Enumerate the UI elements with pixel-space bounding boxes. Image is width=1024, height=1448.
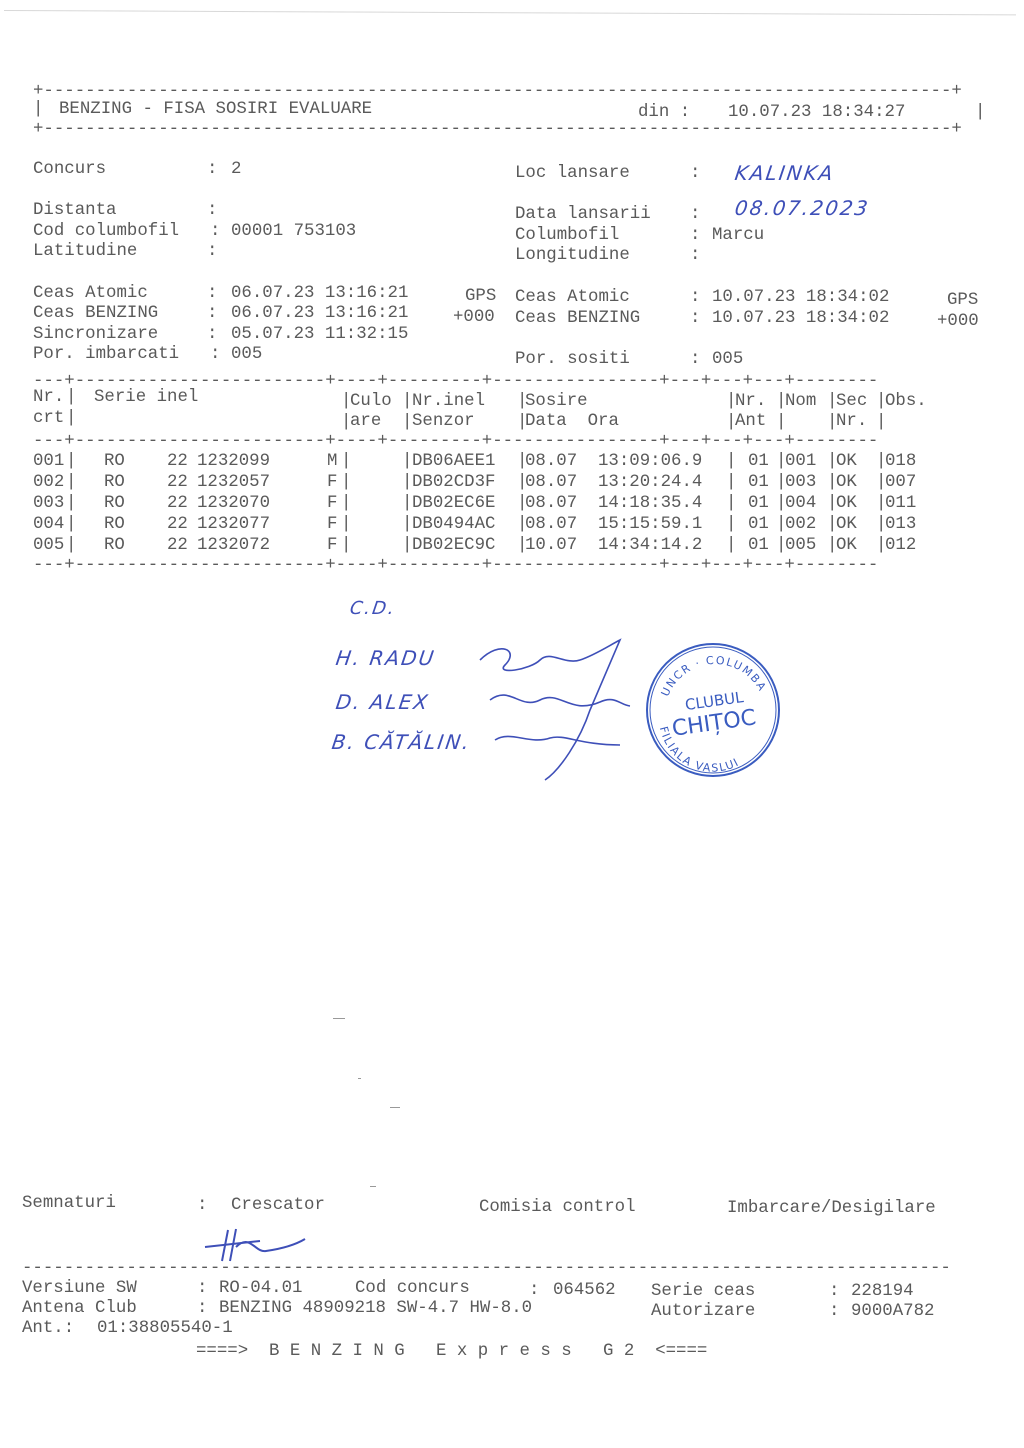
cell-sex: F [327, 515, 337, 536]
cell-senzor: DB02CD3F [412, 473, 496, 494]
concurs-value: 2 [231, 160, 241, 181]
cod-columbofil-value: 00001 753103 [231, 222, 356, 243]
por-imbarcati-value: 005 [231, 345, 262, 366]
cell-an: 22 [167, 515, 188, 536]
cell-separator: | [726, 536, 736, 557]
ceas-atomic-end-label: Ceas Atomic [515, 288, 630, 309]
th-sec-1: Sec [836, 392, 867, 413]
cell-tara: RO [104, 515, 125, 536]
cell-nom: 004 [785, 494, 816, 515]
ceas-atomic-end-value: 10.07.23 18:34:02 [712, 288, 889, 309]
ant-label: Ant.: [22, 1319, 74, 1340]
data-lansarii-colon: : [690, 205, 700, 226]
serie-ceas-colon: : [829, 1282, 839, 1303]
th-culoare-1: Culo [350, 392, 392, 413]
data-lansarii-label: Data lansarii [515, 205, 651, 226]
cell-inel: 1232072 [197, 536, 270, 557]
columbofil-label: Columbofil [515, 226, 619, 247]
cell-separator: | [66, 536, 76, 557]
cell-separator: | [66, 473, 76, 494]
cell-data: 08.07 [525, 452, 577, 473]
cell-separator: | [66, 452, 76, 473]
cell-sec: OK [836, 494, 857, 515]
cell-nr: 001 [33, 452, 64, 473]
latitudine-label: Latitudine [33, 242, 137, 263]
cell-ora: 13:20:24.4 [598, 473, 702, 494]
cell-data: 10.07 [525, 536, 577, 557]
cell-senzor: DB0494AC [412, 515, 496, 536]
th-serie-inel: Serie inel [94, 388, 198, 409]
ceas-atomic-start-value: 06.07.23 13:16:21 [231, 284, 408, 305]
th-nr-ant-2: Ant [735, 412, 766, 433]
semnaturi-label: Semnaturi [22, 1194, 116, 1215]
cell-sec: OK [836, 452, 857, 473]
sincronizare-label: Sincronizare [33, 325, 158, 346]
cell-separator: | [341, 452, 351, 473]
cell-separator: | [726, 515, 736, 536]
scan-speck [370, 1186, 376, 1187]
versiune-sw-value: RO-04.01 [219, 1279, 303, 1300]
cell-ant: 01 [748, 473, 769, 494]
cell-inel: 1232099 [197, 452, 270, 473]
th-crt: crt [33, 409, 64, 428]
cell-separator: | [726, 452, 736, 473]
ceas-atomic-end-suffix: GPS [947, 291, 978, 312]
th-nr-ant-1: Nr. [735, 392, 766, 413]
cell-inel: 1232070 [197, 494, 270, 515]
por-sositi-label: Por. sositi [515, 350, 630, 371]
cell-obs: 011 [885, 494, 916, 515]
autorizare-label: Autorizare [651, 1302, 755, 1323]
svg-text:CHIȚOC: CHIȚOC [671, 705, 758, 742]
distanta-colon: : [207, 201, 217, 222]
columbofil-colon: : [690, 226, 700, 247]
autorizare-colon: : [829, 1302, 839, 1323]
cell-ant: 01 [748, 515, 769, 536]
cod-concurs-label: Cod concurs [355, 1279, 470, 1300]
th-nr-inel: Nr.inel [412, 392, 485, 413]
cell-an: 22 [167, 473, 188, 494]
longitudine-colon: : [690, 246, 700, 267]
cell-data: 08.07 [525, 473, 577, 494]
cell-senzor: DB06AEE1 [412, 452, 496, 473]
ceas-benzing-end-label: Ceas BENZING [515, 309, 640, 330]
cell-data: 08.07 [525, 494, 577, 515]
cell-separator: | [66, 494, 76, 515]
th-nom: Nom [785, 392, 816, 413]
sincronizare-colon: : [207, 325, 217, 346]
cell-ora: 14:34:14.2 [598, 536, 702, 557]
cell-tara: RO [104, 473, 125, 494]
concurs-label: Concurs [33, 160, 106, 181]
serie-ceas-label: Serie ceas [651, 1282, 755, 1303]
cell-nom: 002 [785, 515, 816, 536]
th-sosire: Sosire [525, 392, 588, 413]
concurs-colon: : [207, 160, 217, 181]
antena-club-label: Antena Club [22, 1299, 137, 1320]
cell-separator: | [402, 452, 412, 473]
cell-nom: 001 [785, 452, 816, 473]
ceas-benzing-start-colon: : [207, 304, 217, 325]
table-header-border: ---+------------------------+----+------… [33, 432, 878, 453]
th-sec-2: Nr. [836, 412, 867, 433]
ceas-benzing-end-suffix: +000 [937, 312, 979, 333]
cell-sex: F [327, 473, 337, 494]
latitudine-colon: : [207, 242, 217, 263]
th-data-ora: Data Ora [525, 412, 619, 433]
cell-separator: | [402, 536, 412, 557]
cell-separator: | [726, 473, 736, 494]
scan-speck [333, 1018, 345, 1019]
cell-ant: 01 [748, 452, 769, 473]
cod-concurs-value: 064562 [553, 1281, 616, 1302]
cell-sec: OK [836, 536, 857, 557]
ceas-benzing-start-suffix: +000 [453, 308, 495, 329]
versiune-sw-label: Versiune SW [22, 1279, 137, 1300]
th-senzor: Senzor [412, 412, 475, 433]
commission-signatures-icon [470, 630, 640, 790]
cod-columbofil-label: Cod columbofil [33, 222, 179, 243]
page-edge [4, 10, 1016, 15]
loc-lansare-label: Loc lansare [515, 164, 630, 185]
por-imbarcati-label: Por. imbarcati [33, 345, 179, 366]
th-nr: Nr. [33, 388, 64, 407]
autorizare-value: 9000A782 [851, 1302, 935, 1323]
cell-senzor: DB02EC9C [412, 536, 496, 557]
cell-separator: | [402, 515, 412, 536]
cell-nr: 002 [33, 473, 64, 494]
cell-ora: 13:09:06.9 [598, 452, 702, 473]
th-sep: || [66, 388, 76, 429]
table-border-bottom: ---+------------------------+----+------… [33, 556, 878, 577]
por-sositi-value: 005 [712, 350, 743, 371]
scan-speck [390, 1107, 400, 1108]
por-sositi-colon: : [690, 350, 700, 371]
crescator-label: Crescator [231, 1196, 325, 1217]
imbarcare-desigilare-label: Imbarcare/Desigilare [727, 1199, 936, 1220]
por-imbarcati-colon: : [210, 345, 220, 366]
header-bar-right: | [975, 103, 985, 124]
cell-sex: M [327, 452, 337, 473]
cell-an: 22 [167, 452, 188, 473]
ceas-atomic-end-colon: : [690, 288, 700, 309]
cod-columbofil-colon: : [210, 222, 220, 243]
scan-speck [358, 1078, 361, 1079]
comisia-control-label: Comisia control [479, 1198, 636, 1219]
cell-separator: | [726, 494, 736, 515]
cell-obs: 012 [885, 536, 916, 557]
th-obs: Obs. [885, 392, 927, 413]
cell-nr: 003 [33, 494, 64, 515]
ceas-benzing-start-value: 06.07.23 13:16:21 [231, 304, 408, 325]
cell-separator: | [341, 473, 351, 494]
distanta-label: Distanta [33, 201, 117, 222]
ceas-benzing-end-colon: : [690, 309, 700, 330]
cell-sex: F [327, 536, 337, 557]
footer-divider: ----------------------------------------… [22, 1259, 951, 1280]
cell-separator: | [402, 494, 412, 515]
cell-separator: | [341, 494, 351, 515]
ceas-atomic-start-suffix: GPS [465, 287, 496, 308]
longitudine-label: Longitudine [515, 246, 630, 267]
cell-obs: 018 [885, 452, 916, 473]
cell-separator: | [66, 515, 76, 536]
versiune-sw-colon: : [197, 1279, 207, 1300]
columbofil-value: Marcu [712, 226, 764, 247]
handwritten-name-1: H. RADU [334, 646, 437, 670]
loc-lansare-colon: : [690, 164, 700, 185]
benzing-express-banner: ====> B E N Z I N G E x p r e s s G 2 <=… [196, 1342, 707, 1363]
antena-club-colon: : [197, 1299, 207, 1320]
handwritten-cd: C.D. [349, 598, 398, 619]
cell-sex: F [327, 494, 337, 515]
loc-lansare-value: KALINKA [733, 161, 836, 185]
header-border-bottom: +---------------------------------------… [33, 120, 962, 141]
cell-nr: 005 [33, 536, 64, 557]
ant-value: 01:38805540-1 [97, 1319, 233, 1340]
cell-obs: 007 [885, 473, 916, 494]
cell-separator: | [341, 515, 351, 536]
ceas-atomic-start-colon: : [207, 284, 217, 305]
cell-nr: 004 [33, 515, 64, 536]
cell-tara: RO [104, 536, 125, 557]
cell-nom: 003 [785, 473, 816, 494]
cell-inel: 1232057 [197, 473, 270, 494]
handwritten-name-3: B. CĂTĂLIN. [330, 730, 472, 754]
cell-sec: OK [836, 515, 857, 536]
club-stamp-icon: UNCR · COLUMBA FILIALA VASLUI CLUBUL CHI… [643, 640, 783, 780]
data-lansarii-value: 08.07.2023 [733, 196, 871, 220]
cell-inel: 1232077 [197, 515, 270, 536]
cell-separator: | [402, 473, 412, 494]
antena-club-value: BENZING 48909218 SW-4.7 HW-8.0 [219, 1299, 532, 1320]
table-header-row-2: crt [33, 409, 64, 430]
th-sep: || [402, 392, 412, 433]
sincronizare-value: 05.07.23 11:32:15 [231, 325, 408, 346]
table-header-row-1: Nr. [33, 388, 64, 409]
cell-data: 08.07 [525, 515, 577, 536]
semnaturi-colon: : [197, 1196, 207, 1217]
cell-obs: 013 [885, 515, 916, 536]
ceas-atomic-start-label: Ceas Atomic [33, 284, 148, 305]
cell-senzor: DB02EC6E [412, 494, 496, 515]
cell-tara: RO [104, 494, 125, 515]
cell-ant: 01 [748, 494, 769, 515]
cell-separator: | [341, 536, 351, 557]
ceas-benzing-start-label: Ceas BENZING [33, 304, 158, 325]
cell-tara: RO [104, 452, 125, 473]
report-title: BENZING - FISA SOSIRI EVALUARE [59, 100, 372, 121]
cell-an: 22 [167, 536, 188, 557]
cell-ora: 15:15:59.1 [598, 515, 702, 536]
cell-an: 22 [167, 494, 188, 515]
cell-nom: 005 [785, 536, 816, 557]
ceas-benzing-end-value: 10.07.23 18:34:02 [712, 309, 889, 330]
cell-sec: OK [836, 473, 857, 494]
cell-ora: 14:18:35.4 [598, 494, 702, 515]
serie-ceas-value: 228194 [851, 1282, 914, 1303]
header-bar-left: | [33, 100, 43, 121]
cell-ant: 01 [748, 536, 769, 557]
handwritten-name-2: D. ALEX [334, 690, 431, 714]
th-culoare-2: are [350, 412, 381, 433]
